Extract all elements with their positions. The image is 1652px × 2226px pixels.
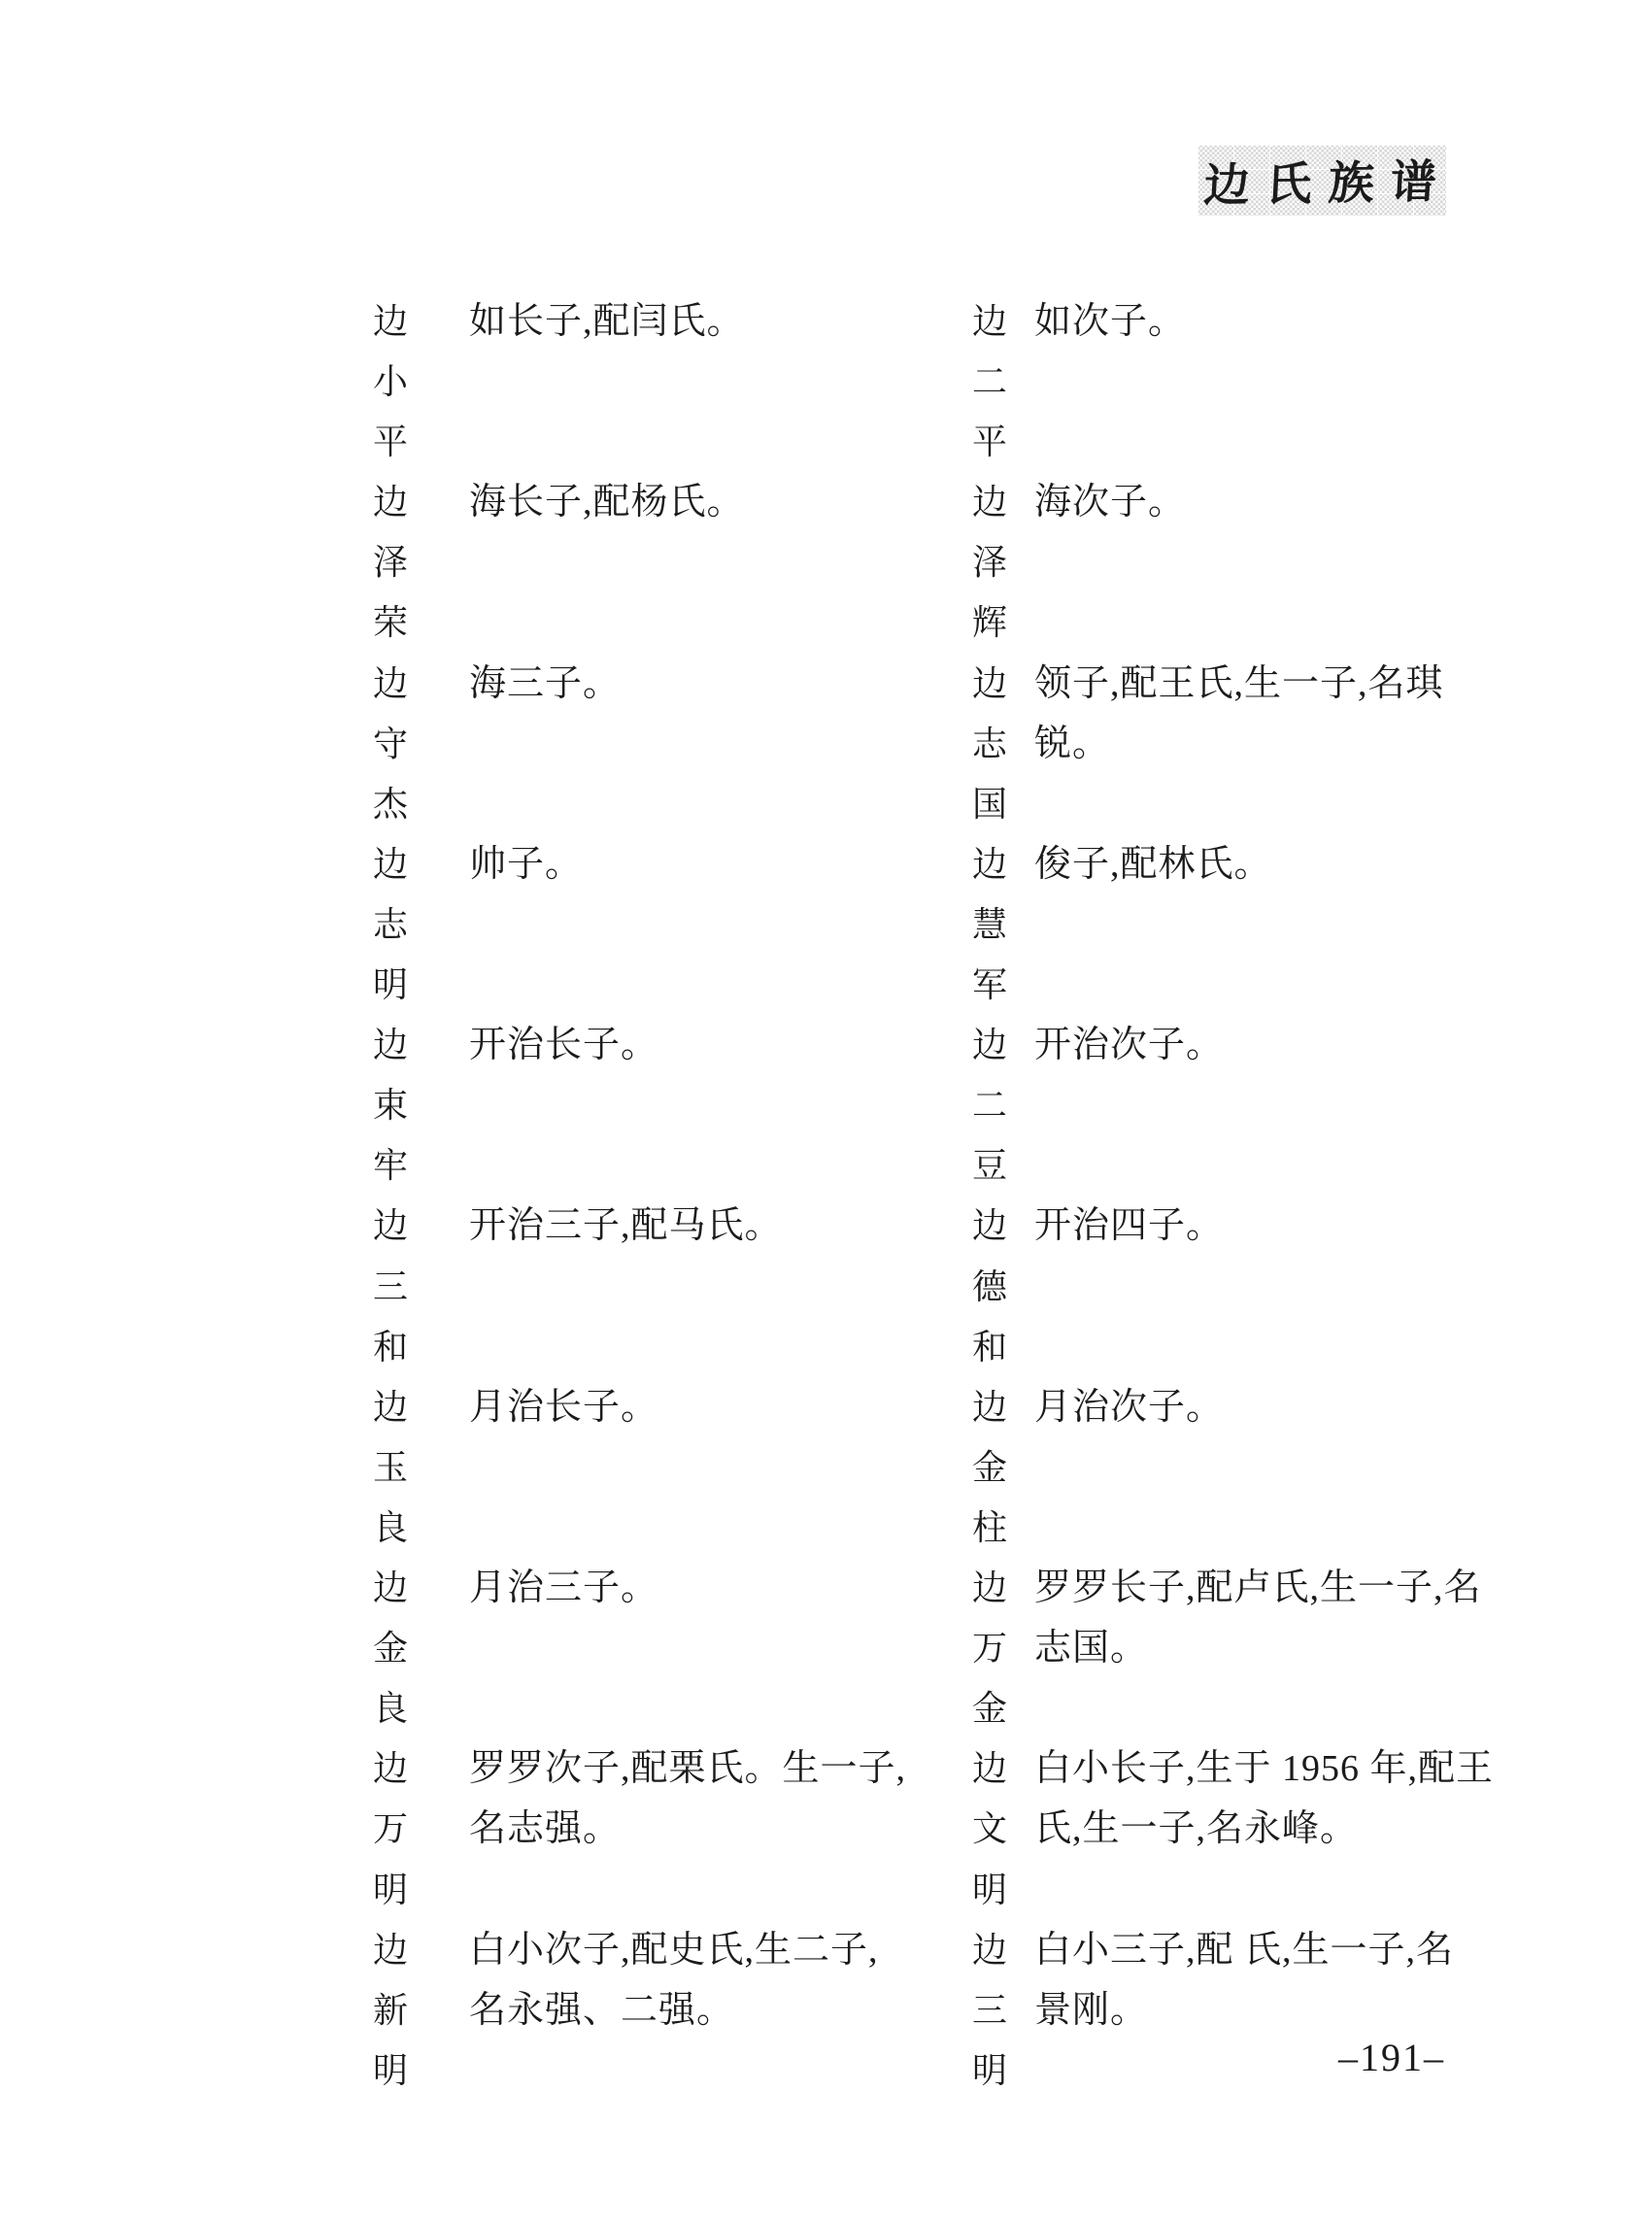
entry-description: 月治次子。 (1034, 1377, 1224, 1437)
genealogy-entry: 边金良 月治三子。 (373, 1558, 995, 1738)
entry-description: 开治三子,配马氏。 (469, 1196, 783, 1256)
entry-text-line: 开治三子,配马氏。 (469, 1196, 783, 1256)
entry-description: 海长子,配杨氏。 (469, 472, 745, 532)
entry-text-line: 海三子。 (469, 654, 621, 714)
person-name: 边万金 (972, 1558, 1009, 1738)
person-name: 边新明 (373, 1920, 410, 2101)
genealogy-entry: 边志明 帅子。 (373, 834, 995, 1015)
entry-text-line: 领子,配王氏,生一子,名琪 (1034, 654, 1444, 714)
entry-text-line: 开治长子。 (469, 1015, 658, 1075)
entry-text-line: 月治长子。 (469, 1377, 658, 1437)
entry-text-line: 帅子。 (469, 834, 583, 894)
entry-text-line: 月治次子。 (1034, 1377, 1224, 1437)
genealogy-entry: 边三明 白小三子,配 氏,生一子,名景刚。 (972, 1920, 1594, 2101)
entry-description: 月治长子。 (469, 1377, 658, 1437)
person-name: 边束牢 (373, 1015, 410, 1196)
entry-description: 帅子。 (469, 834, 583, 894)
person-name: 边万明 (373, 1738, 410, 1919)
entry-text-line: 月治三子。 (469, 1558, 658, 1618)
entry-text-line: 海次子。 (1034, 472, 1186, 532)
genealogy-column-right: 边二平 如次子。 边泽辉 海次子。 边志国 领子,配王氏,生一子,名琪锐。 边慧… (972, 291, 1594, 2101)
entry-text-line: 锐。 (1034, 714, 1444, 774)
entry-text-line: 氏,生一子,名永峰。 (1034, 1799, 1494, 1859)
genealogy-entry: 边慧军 俊子,配林氏。 (972, 834, 1594, 1015)
genealogy-entry: 边志国 领子,配王氏,生一子,名琪锐。 (972, 654, 1594, 834)
genealogy-entry: 边束牢 开治长子。 (373, 1015, 995, 1196)
person-name: 边志国 (972, 654, 1009, 834)
person-name: 边泽辉 (972, 472, 1009, 653)
entry-description: 俊子,配林氏。 (1034, 834, 1272, 894)
entry-description: 开治次子。 (1034, 1015, 1224, 1075)
entry-text-line: 开治四子。 (1034, 1196, 1224, 1256)
person-name: 边小平 (373, 291, 410, 472)
entry-description: 如长子,配闫氏。 (469, 291, 745, 352)
entry-text-line: 景刚。 (1034, 1980, 1454, 2040)
person-name: 边守杰 (373, 654, 410, 834)
entry-text-line: 志国。 (1034, 1618, 1482, 1678)
person-name: 边金良 (373, 1558, 410, 1738)
page-number: –191– (1338, 2037, 1445, 2079)
person-name: 边三明 (972, 1920, 1009, 2101)
person-name: 边德和 (972, 1196, 1009, 1376)
genealogy-column-left: 边小平 如长子,配闫氏。 边泽荣 海长子,配杨氏。 边守杰 海三子。 边志明 帅… (373, 291, 995, 2101)
person-name: 边玉良 (373, 1377, 410, 1558)
person-name: 边慧军 (972, 834, 1009, 1015)
genealogy-entry: 边守杰 海三子。 (373, 654, 995, 834)
entry-text-line: 开治次子。 (1034, 1015, 1224, 1075)
entry-text-line: 俊子,配林氏。 (1034, 834, 1272, 894)
genealogy-entry: 边金柱 月治次子。 (972, 1377, 1594, 1558)
entry-text-line: 罗罗次子,配栗氏。生一子, (469, 1738, 906, 1799)
entry-description: 海次子。 (1034, 472, 1186, 532)
entry-description: 月治三子。 (469, 1558, 658, 1618)
person-name: 边金柱 (972, 1377, 1009, 1558)
entry-text-line: 白小三子,配 氏,生一子,名 (1034, 1920, 1454, 1980)
entry-text-line: 名志强。 (469, 1799, 906, 1859)
person-name: 边三和 (373, 1196, 410, 1376)
entry-text-line: 白小次子,配史氏,生二子, (469, 1920, 879, 1980)
entry-description: 白小三子,配 氏,生一子,名景刚。 (1034, 1920, 1454, 2040)
entry-text-line: 如长子,配闫氏。 (469, 291, 745, 352)
entry-text-line: 如次子。 (1034, 291, 1186, 352)
entry-description: 白小次子,配史氏,生二子,名永强、二强。 (469, 1920, 879, 2040)
entry-description: 领子,配王氏,生一子,名琪锐。 (1034, 654, 1444, 774)
entry-description: 白小长子,生于 1956 年,配王氏,生一子,名永峰。 (1034, 1738, 1494, 1859)
entry-description: 罗罗次子,配栗氏。生一子,名志强。 (469, 1738, 906, 1859)
entry-text-line: 罗罗长子,配卢氏,生一子,名 (1034, 1558, 1482, 1618)
book-title-text: 边氏族谱 (1189, 146, 1455, 216)
genealogy-entry: 边二平 如次子。 (972, 291, 1594, 472)
genealogy-entry: 边万明 罗罗次子,配栗氏。生一子,名志强。 (373, 1738, 995, 1919)
person-name: 边二豆 (972, 1015, 1009, 1196)
genealogy-entry: 边玉良 月治长子。 (373, 1377, 995, 1558)
genealogy-entry: 边三和 开治三子,配马氏。 (373, 1196, 995, 1376)
entry-description: 海三子。 (469, 654, 621, 714)
entry-text-line: 海长子,配杨氏。 (469, 472, 745, 532)
genealogy-entry: 边二豆 开治次子。 (972, 1015, 1594, 1196)
person-name: 边泽荣 (373, 472, 410, 653)
entry-description: 开治四子。 (1034, 1196, 1224, 1256)
person-name: 边文明 (972, 1738, 1009, 1919)
person-name: 边志明 (373, 834, 410, 1015)
person-name: 边二平 (972, 291, 1009, 472)
genealogy-entry: 边小平 如长子,配闫氏。 (373, 291, 995, 472)
entry-description: 开治长子。 (469, 1015, 658, 1075)
book-title-stamp: 边氏族谱 (1197, 145, 1446, 216)
genealogy-entry: 边德和 开治四子。 (972, 1196, 1594, 1376)
genealogy-entry: 边万金 罗罗长子,配卢氏,生一子,名志国。 (972, 1558, 1594, 1738)
genealogy-page: 边氏族谱 边小平 如长子,配闫氏。 边泽荣 海长子,配杨氏。 边守杰 海三子。 … (0, 0, 1652, 2226)
entry-description: 罗罗长子,配卢氏,生一子,名志国。 (1034, 1558, 1482, 1678)
genealogy-entry: 边新明 白小次子,配史氏,生二子,名永强、二强。 (373, 1920, 995, 2101)
genealogy-entry: 边泽辉 海次子。 (972, 472, 1594, 653)
entry-description: 如次子。 (1034, 291, 1186, 352)
entry-text-line: 名永强、二强。 (469, 1980, 879, 2040)
genealogy-entry: 边文明 白小长子,生于 1956 年,配王氏,生一子,名永峰。 (972, 1738, 1594, 1919)
entry-text-line: 白小长子,生于 1956 年,配王 (1034, 1738, 1494, 1799)
genealogy-entry: 边泽荣 海长子,配杨氏。 (373, 472, 995, 653)
